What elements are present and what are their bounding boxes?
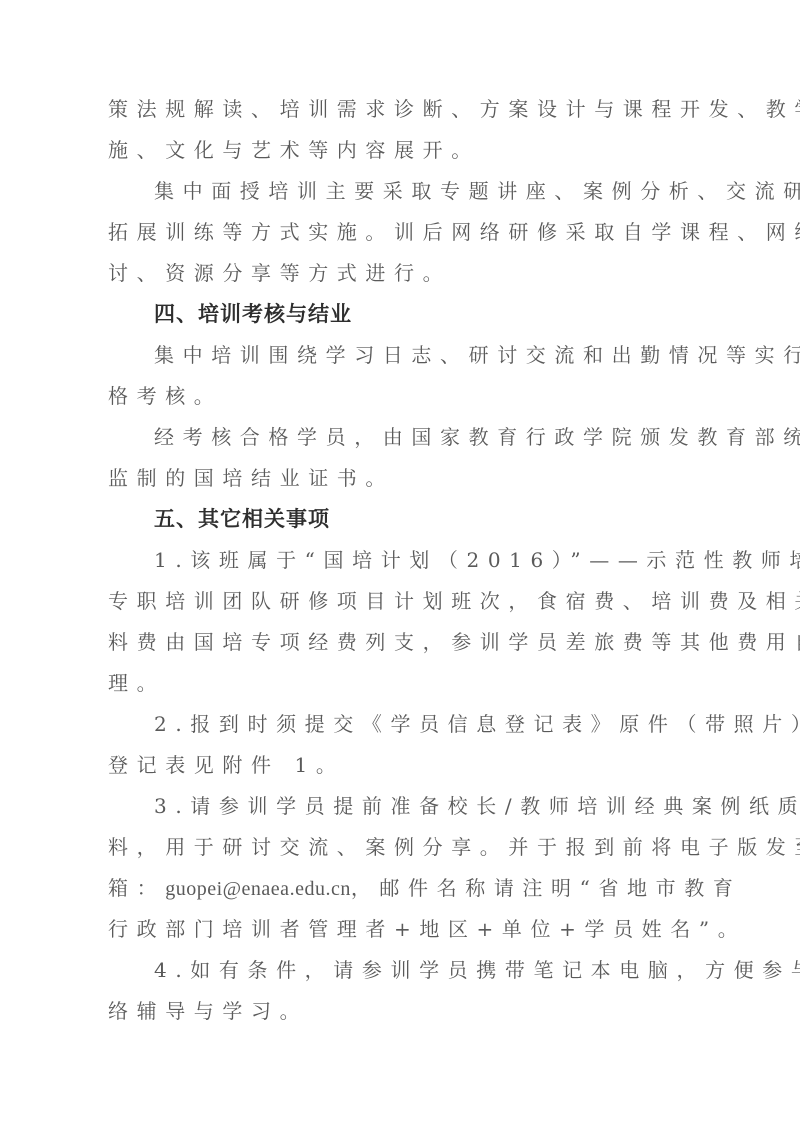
text-line: 施、文化与艺术等内容展开。 [108,130,698,171]
text-line: 讨、资源分享等方式进行。 [108,253,698,294]
text-line: 2.报到时须提交《学员信息登记表》原件（带照片）， [108,704,698,745]
email-prefix: 箱： [108,876,165,900]
text-line: 格考核。 [108,376,698,417]
email-line: 箱：guopei@enaea.edu.cn，邮件名称请注明“省地市教育 [108,868,698,909]
section-heading-other-matters: 五、其它相关事项 [108,499,698,540]
text-line: 4.如有条件，请参训学员携带笔记本电脑，方便参与网 [108,950,698,991]
text-line: 集中培训围绕学习日志、研讨交流和出勤情况等实行严 [108,335,698,376]
text-line: 集中面授培训主要采取专题讲座、案例分析、交流研讨、 [108,171,698,212]
text-line: 策法规解读、培训需求诊断、方案设计与课程开发、教学实 [108,89,698,130]
text-line: 料，用于研讨交流、案例分享。并于报到前将电子版发至信 [108,827,698,868]
text-line: 料费由国培专项经费列支，参训学员差旅费等其他费用自 [108,622,698,663]
document-page: 策法规解读、培训需求诊断、方案设计与课程开发、教学实 施、文化与艺术等内容展开。… [108,89,698,1032]
section-heading-assessment: 四、培训考核与结业 [108,294,698,335]
text-line: 经考核合格学员，由国家教育行政学院颁发教育部统一 [108,417,698,458]
text-line: 登记表见附件 1。 [108,745,698,786]
text-line: 理。 [108,663,698,704]
text-line: 行政部门培训者管理者+地区+单位+学员姓名”。 [108,909,698,950]
text-line: 监制的国培结业证书。 [108,458,698,499]
text-line: 3.请参训学员提前准备校长/教师培训经典案例纸质材 [108,786,698,827]
text-line: 1.该班属于“国培计划（2016）”——示范性教师培训 [108,540,698,581]
text-line: 拓展训练等方式实施。训后网络研修采取自学课程、网络研 [108,212,698,253]
text-line: 专职培训团队研修项目计划班次，食宿费、培训费及相关资 [108,581,698,622]
email-suffix: ，邮件名称请注明“省地市教育 [351,876,742,900]
email-address: guopei@enaea.edu.cn [165,878,351,900]
text-line: 络辅导与学习。 [108,991,698,1032]
